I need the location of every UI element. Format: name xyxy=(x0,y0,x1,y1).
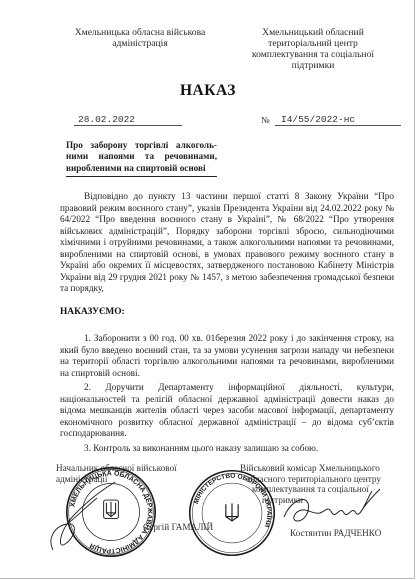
handwritten-signature-right xyxy=(282,487,382,531)
issuer-right-line: Хмельницький обласний xyxy=(240,27,386,38)
issuer-right-line: підтримки xyxy=(240,60,386,71)
order-item-2: 2. Доручити Департаменту інформаційної д… xyxy=(60,382,394,440)
preamble-paragraph: Відповідно до пункту 13 частини першої с… xyxy=(60,191,394,295)
orders-label: НАКАЗУЄМО: xyxy=(60,307,125,317)
preamble: Відповідно до пункту 13 частини першої с… xyxy=(60,191,394,295)
signatory-right-name: Костянтин РАДЧЕНКО xyxy=(290,528,381,538)
document-date: 28.02.2022 xyxy=(74,114,182,126)
document-subject: Про заборону торгівлі алкоголь-ними напо… xyxy=(66,140,217,177)
order-item-3: 3. Контроль за виконанням цього наказу з… xyxy=(60,443,394,455)
number-sign: № xyxy=(261,115,270,125)
document-number: I4/55/2022-нс xyxy=(275,114,401,126)
issuer-right-line: комплектування та соціальної xyxy=(240,49,386,60)
official-stamp-right: МІНІСТЕРСТВО ОБОРОНИ УКРАЇНИ xyxy=(188,466,276,560)
document-page: Хмельницька обласна військова адміністра… xyxy=(0,0,415,579)
order-items: 1. Заборонити з 00 год. 00 хв. 01березня… xyxy=(60,333,394,457)
issuer-left-line: адміністрація xyxy=(60,38,220,49)
issuer-right-line: територіальний центр xyxy=(240,38,386,49)
issuer-left: Хмельницька обласна військова адміністра… xyxy=(60,27,220,49)
order-item-1: 1. Заборонити з 00 год. 00 хв. 01березня… xyxy=(60,333,394,379)
document-title: НАКАЗ xyxy=(0,82,416,100)
trident-icon xyxy=(226,503,238,521)
trident-icon xyxy=(104,500,119,518)
official-stamp-left: ХМЕЛЬНИЦЬКА ОБЛАСНА ДЕРЖАВНА АДМІНІСТРАЦ… xyxy=(65,466,157,558)
issuer-right: Хмельницький обласний територіальний цен… xyxy=(240,27,386,71)
issuer-left-line: Хмельницька обласна військова xyxy=(60,27,220,38)
